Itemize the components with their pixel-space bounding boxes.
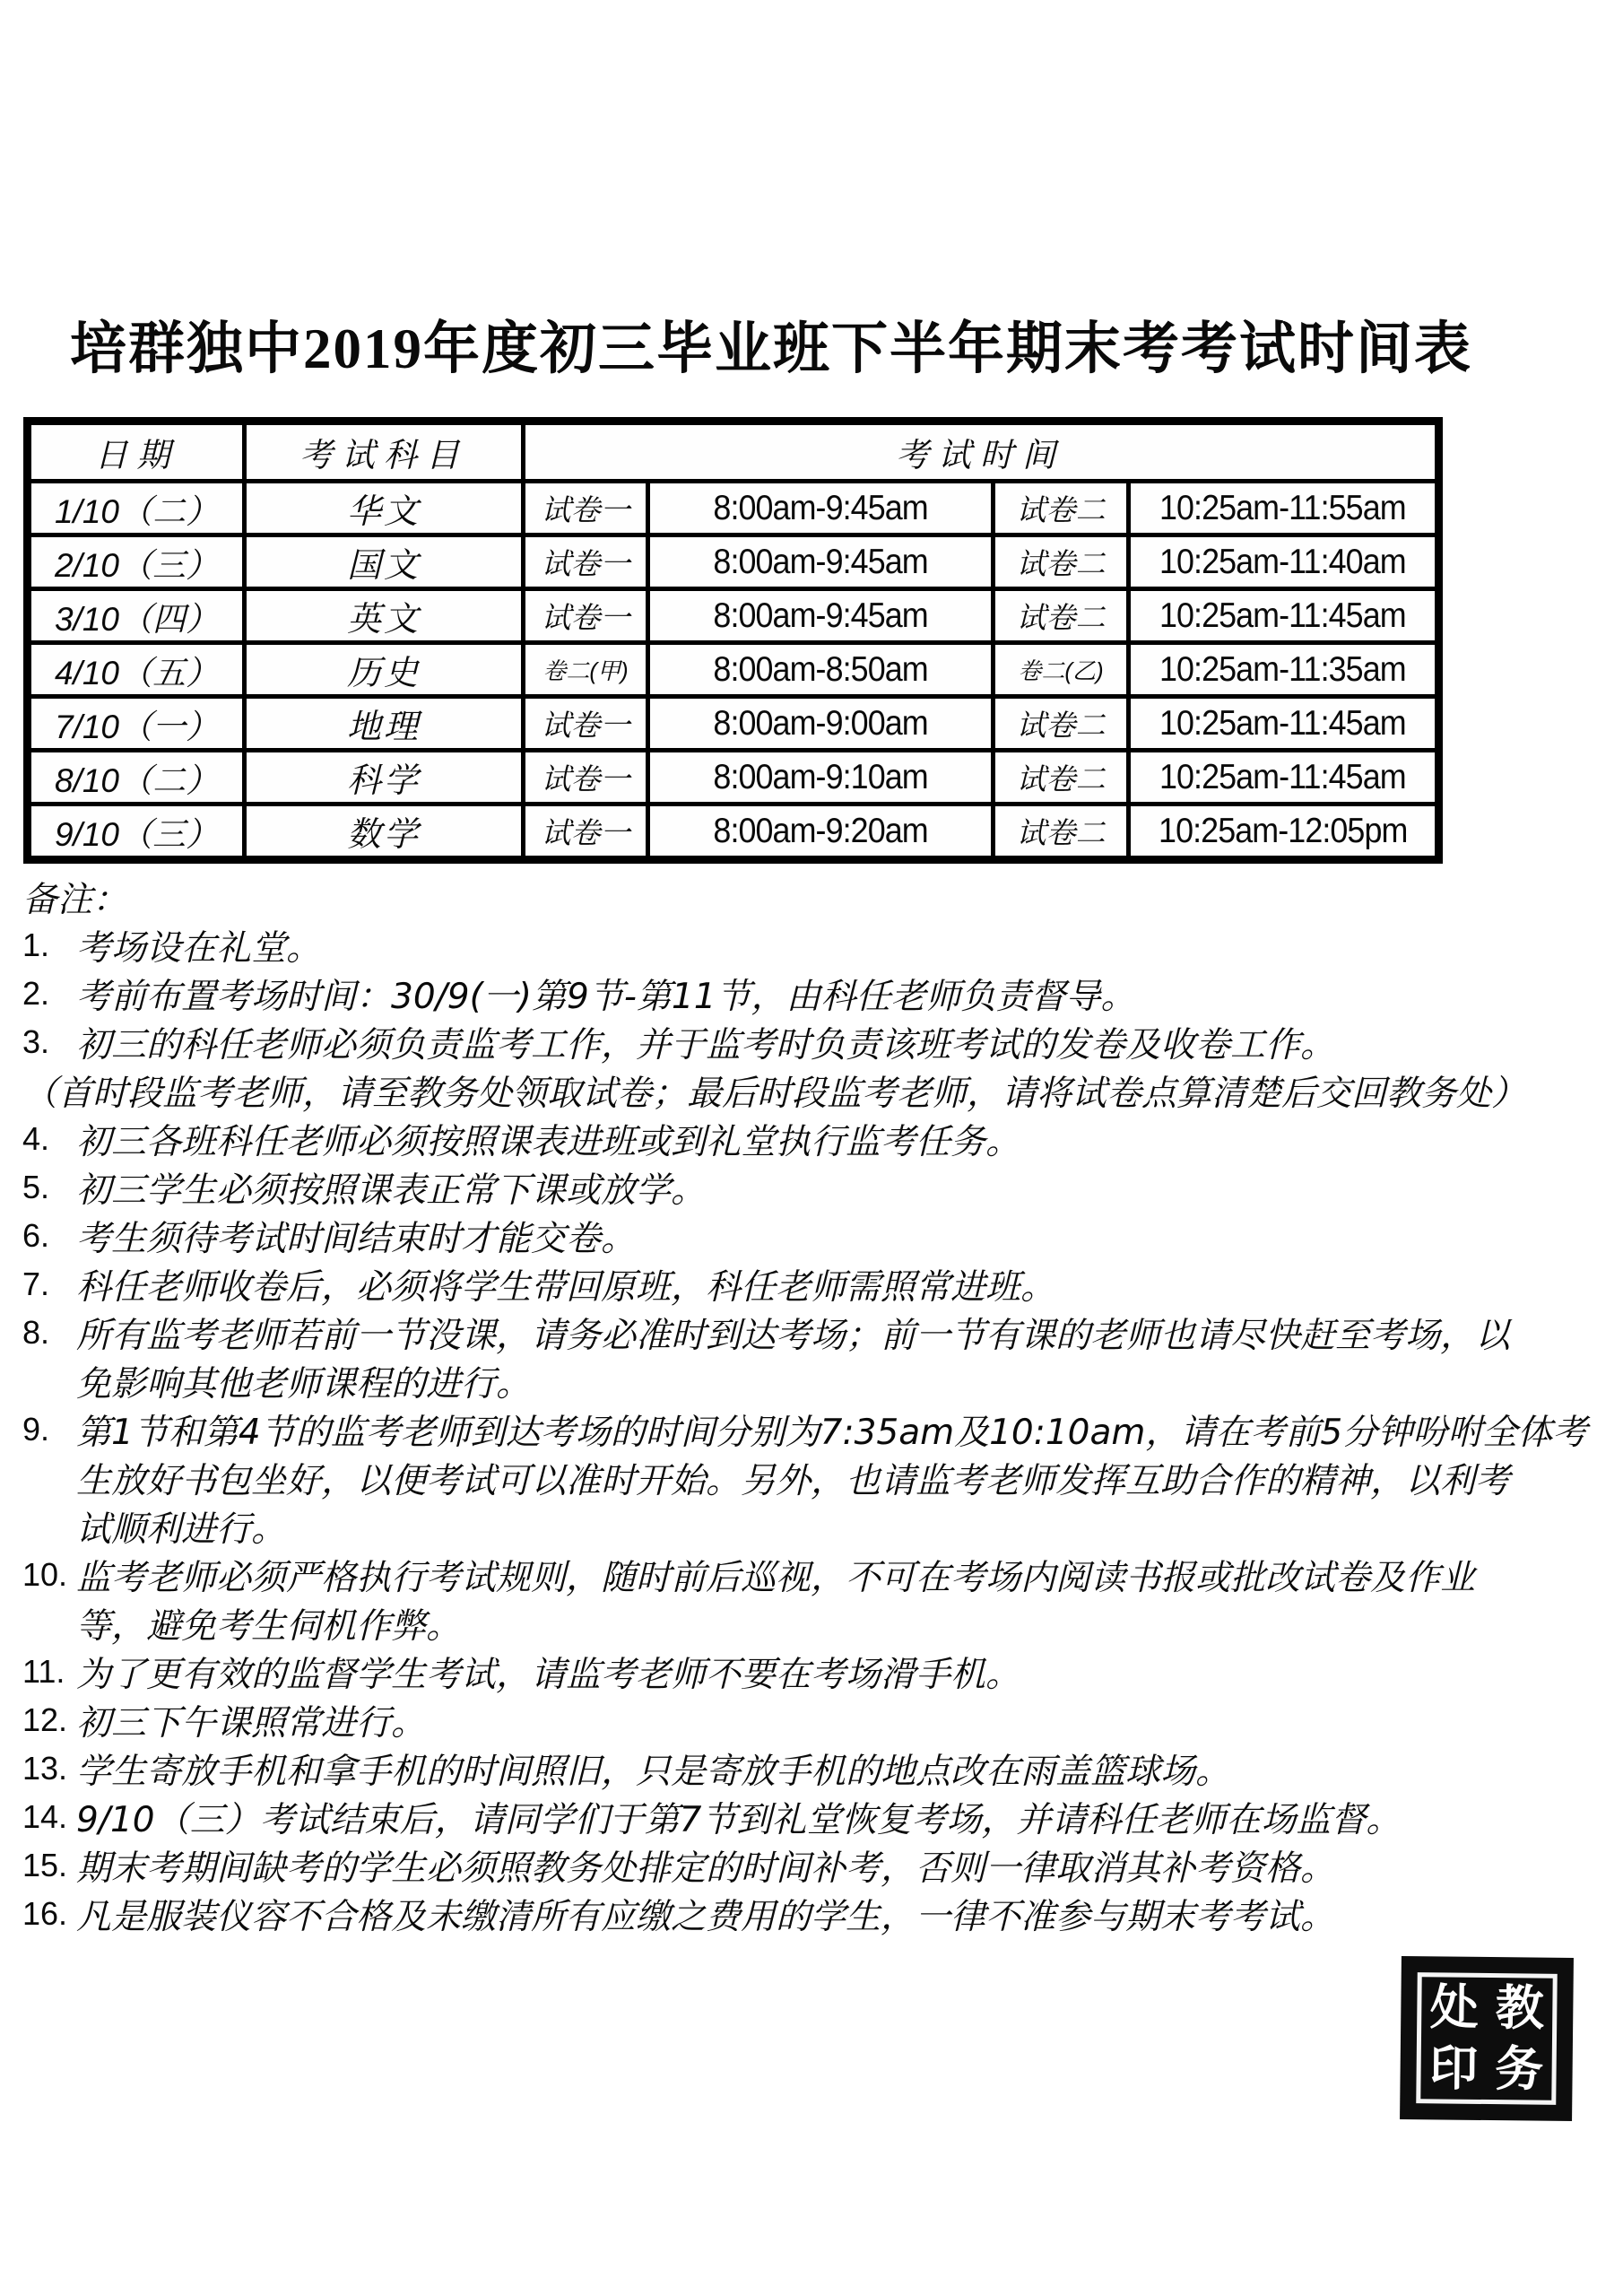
note-text: 考前布置考场时间：30/9(一)第9节-第11节，由科任老师负责督导。 (76, 969, 1136, 1019)
page-title: 培群独中2019年度初三毕业班下半年期末考考试时间表 (70, 303, 1472, 385)
paper2-time-cell: 10:25am-11:55am (1129, 482, 1439, 535)
note-line: 8.所有监考老师若前一节没课，请务必准时到达考场；前一节有课的老师也请尽快赶至考… (22, 1309, 1610, 1357)
note-text: 凡是服装仪容不合格及未缴清所有应缴之费用的学生，一律不准参与期末考考试。 (76, 1889, 1335, 1939)
note-text: 初三下午课照常进行。 (76, 1695, 426, 1745)
paper2-time-cell: 10:25am-11:35am (1129, 643, 1439, 697)
paper1-label-cell: 试卷一 (524, 751, 648, 804)
exam-date-cell: 3/10（四） (28, 589, 245, 643)
seal-char: 务 (1495, 2045, 1544, 2094)
note-line: 13.学生寄放手机和拿手机的时间照旧，只是寄放手机的地点改在雨盖篮球场。 (22, 1744, 1610, 1793)
note-line: 生放好书包坐好，以便考试可以准时开始。另外，也请监考老师发挥互助合作的精神，以利… (22, 1454, 1610, 1502)
paper1-label-cell: 试卷一 (524, 482, 648, 535)
seal-char: 教 (1496, 1984, 1545, 2033)
note-text: 考生须待考试时间结束时才能交卷。 (76, 1211, 636, 1261)
paper2-label-cell: 试卷二 (994, 589, 1129, 643)
exam-subject-cell: 华文 (245, 482, 524, 535)
paper2-label-cell: 试卷二 (994, 697, 1129, 751)
exam-subject-cell: 科学 (245, 751, 524, 804)
header-date: 日期 (28, 422, 245, 482)
note-text: 初三学生必须按照课表正常下课或放学。 (76, 1162, 706, 1213)
exam-row: 2/10（三）国文试卷一8:00am-9:45am试卷二10:25am-11:4… (28, 535, 1439, 589)
exam-subject-cell: 英文 (245, 589, 524, 643)
paper2-time-cell: 10:25am-11:40am (1129, 535, 1439, 589)
note-text: 初三各班科任老师必须按照课表进班或到礼堂执行监考任务。 (76, 1114, 1020, 1164)
header-row: 日期 考试科目 考试时间 (28, 422, 1439, 482)
notes-heading-line: 备注： (22, 873, 1610, 921)
note-text: 生放好书包坐好，以便考试可以准时开始。另外，也请监考老师发挥互助合作的精神，以利… (76, 1453, 1510, 1503)
note-line: 免影响其他老师课程的进行。 (22, 1357, 1610, 1405)
note-text: 等，避免考生伺机作弊。 (76, 1598, 461, 1648)
note-number: 14. (22, 1798, 76, 1836)
note-line: 12.初三下午课照常进行。 (22, 1696, 1610, 1744)
note-line: 等，避免考生伺机作弊。 (22, 1599, 1610, 1648)
note-text: 试顺利进行。 (76, 1501, 286, 1552)
exam-date-cell: 9/10（三） (28, 804, 245, 860)
note-text: 第1节和第4节的监考老师到达考场的时间分别为7:35am及10:10am，请在考… (76, 1405, 1587, 1455)
exam-subject-cell: 国文 (245, 535, 524, 589)
note-line: 7.科任老师收卷后，必须将学生带回原班，科任老师需照常进班。 (22, 1260, 1610, 1309)
note-number: 8. (22, 1314, 76, 1352)
exam-time-text: 10:25am-11:40am (1159, 543, 1406, 582)
paper2-label-cell: 卷二(乙) (994, 643, 1129, 697)
note-line: 10.监考老师必须严格执行考试规则，随时前后巡视，不可在考场内阅读书报或批改试卷… (22, 1551, 1610, 1599)
note-line: 3.初三的科任老师必须负责监考工作，并于监考时负责该班考试的发卷及收卷工作。 (22, 1018, 1610, 1066)
exam-date-cell: 2/10（三） (28, 535, 245, 589)
note-number: 7. (22, 1265, 76, 1303)
exam-time-text: 10:25am-11:45am (1159, 758, 1406, 797)
note-text: 考场设在礼堂。 (76, 920, 321, 970)
note-text: 学生寄放手机和拿手机的时间照旧，只是寄放手机的地点改在雨盖篮球场。 (76, 1744, 1230, 1794)
note-text: （首时段监考老师，请至教务处领取试卷；最后时段监考老师，请将试卷点算清楚后交回教… (22, 1065, 1526, 1116)
note-number: 5. (22, 1169, 76, 1206)
note-text: 期末考期间缺考的学生必须照教务处排定的时间补考，否则一律取消其补考资格。 (76, 1840, 1335, 1891)
exam-time-text: 10:25am-11:35am (1159, 650, 1406, 690)
exam-time-text: 10:25am-12:05pm (1159, 812, 1407, 851)
exam-date-cell: 7/10（一） (28, 697, 245, 751)
paper2-time-cell: 10:25am-11:45am (1129, 589, 1439, 643)
note-line: 15.期末考期间缺考的学生必须照教务处排定的时间补考，否则一律取消其补考资格。 (22, 1841, 1610, 1890)
exam-row: 4/10（五）历史卷二(甲)8:00am-8:50am卷二(乙)10:25am-… (28, 643, 1439, 697)
exam-row: 1/10（二）华文试卷一8:00am-9:45am试卷二10:25am-11:5… (28, 482, 1439, 535)
note-line: （首时段监考老师，请至教务处领取试卷；最后时段监考老师，请将试卷点算清楚后交回教… (22, 1066, 1610, 1115)
note-number: 4. (22, 1120, 76, 1158)
paper1-time-cell: 8:00am-9:45am (648, 535, 994, 589)
note-number: 11. (22, 1653, 76, 1691)
note-line: 9.第1节和第4节的监考老师到达考场的时间分别为7:35am及10:10am，请… (22, 1405, 1610, 1454)
note-text: 所有监考老师若前一节没课，请务必准时到达考场；前一节有课的老师也请尽快赶至考场，… (76, 1308, 1510, 1358)
note-number: 12. (22, 1701, 76, 1739)
note-line: 6.考生须待考试时间结束时才能交卷。 (22, 1212, 1610, 1260)
paper2-label-cell: 试卷二 (994, 482, 1129, 535)
note-text: 9/10（三）考试结束后，请同学们于第7节到礼堂恢复考场，并请科任老师在场监督。 (76, 1792, 1401, 1842)
exam-row: 7/10（一）地理试卷一8:00am-9:00am试卷二10:25am-11:4… (28, 697, 1439, 751)
seal-inner-border: 处 教 印 务 (1416, 1972, 1558, 2105)
exam-subject-cell: 数学 (245, 804, 524, 860)
paper2-time-cell: 10:25am-12:05pm (1129, 804, 1439, 860)
exam-timetable: 日期 考试科目 考试时间 1/10（二）华文试卷一8:00am-9:45am试卷… (23, 417, 1443, 864)
exam-time-text: 8:00am-9:00am (713, 704, 927, 744)
exam-date-cell: 4/10（五） (28, 643, 245, 697)
paper1-label-cell: 试卷一 (524, 589, 648, 643)
note-line: 4.初三各班科任老师必须按照课表进班或到礼堂执行监考任务。 (22, 1115, 1610, 1163)
note-number: 13. (22, 1750, 76, 1787)
note-number: 1. (22, 926, 76, 964)
note-text: 初三的科任老师必须负责监考工作，并于监考时负责该班考试的发卷及收卷工作。 (76, 1017, 1335, 1067)
exam-row: 3/10（四）英文试卷一8:00am-9:45am试卷二10:25am-11:4… (28, 589, 1439, 643)
note-number: 9. (22, 1411, 76, 1448)
exam-row: 8/10（二）科学试卷一8:00am-9:10am试卷二10:25am-11:4… (28, 751, 1439, 804)
paper2-time-cell: 10:25am-11:45am (1129, 697, 1439, 751)
note-text: 免影响其他老师课程的进行。 (76, 1356, 531, 1406)
exam-row: 9/10（三）数学试卷一8:00am-9:20am试卷二10:25am-12:0… (28, 804, 1439, 860)
paper1-time-cell: 8:00am-9:45am (648, 589, 994, 643)
exam-time-text: 8:00am-9:45am (713, 489, 927, 528)
exam-time-text: 10:25am-11:45am (1159, 704, 1406, 744)
exam-subject-cell: 历史 (245, 643, 524, 697)
paper1-time-cell: 8:00am-9:10am (648, 751, 994, 804)
note-number: 6. (22, 1217, 76, 1255)
exam-time-text: 8:00am-9:20am (713, 812, 927, 851)
exam-time-text: 10:25am-11:45am (1159, 596, 1406, 636)
note-number: 10. (22, 1556, 76, 1594)
note-number: 16. (22, 1895, 76, 1933)
note-line: 2.考前布置考场时间：30/9(一)第9节-第11节，由科任老师负责督导。 (22, 970, 1610, 1018)
note-line: 试顺利进行。 (22, 1502, 1610, 1551)
exam-time-text: 10:25am-11:55am (1159, 489, 1406, 528)
paper2-label-cell: 试卷二 (994, 535, 1129, 589)
document-page: 培群独中2019年度初三毕业班下半年期末考考试时间表 日期 考试科目 考试时间 … (0, 0, 1623, 2296)
note-line: 1.考场设在礼堂。 (22, 921, 1610, 970)
note-line: 5.初三学生必须按照课表正常下课或放学。 (22, 1163, 1610, 1212)
paper1-time-cell: 8:00am-9:45am (648, 482, 994, 535)
exam-time-text: 8:00am-9:45am (713, 543, 927, 582)
paper1-label-cell: 试卷一 (524, 535, 648, 589)
office-seal-stamp: 处 教 印 务 (1400, 1956, 1574, 2121)
exam-time-text: 8:00am-9:10am (713, 758, 927, 797)
paper1-label-cell: 试卷一 (524, 804, 648, 860)
paper1-time-cell: 8:00am-9:00am (648, 697, 994, 751)
paper2-label-cell: 试卷二 (994, 751, 1129, 804)
note-text: 科任老师收卷后，必须将学生带回原班，科任老师需照常进班。 (76, 1259, 1055, 1309)
note-number: 3. (22, 1023, 76, 1061)
notes-list: 1.考场设在礼堂。2.考前布置考场时间：30/9(一)第9节-第11节，由科任老… (22, 921, 1610, 1938)
paper1-label-cell: 试卷一 (524, 697, 648, 751)
note-line: 11.为了更有效的监督学生考试，请监考老师不要在考场滑手机。 (22, 1648, 1610, 1696)
seal-char: 处 (1430, 1983, 1480, 2032)
exam-date-cell: 1/10（二） (28, 482, 245, 535)
header-subject: 考试科目 (245, 422, 524, 482)
note-number: 2. (22, 975, 76, 1013)
note-line: 14.9/10（三）考试结束后，请同学们于第7节到礼堂恢复考场，并请科任老师在场… (22, 1793, 1610, 1841)
notes-heading: 备注： (22, 872, 127, 922)
paper1-time-cell: 8:00am-8:50am (648, 643, 994, 697)
exam-date-cell: 8/10（二） (28, 751, 245, 804)
paper1-label-cell: 卷二(甲) (524, 643, 648, 697)
paper2-label-cell: 试卷二 (994, 804, 1129, 860)
note-line: 16.凡是服装仪容不合格及未缴清所有应缴之费用的学生，一律不准参与期末考考试。 (22, 1890, 1610, 1938)
header-time: 考试时间 (524, 422, 1439, 482)
note-text: 监考老师必须严格执行考试规则，随时前后巡视，不可在考场内阅读书报或批改试卷及作业 (76, 1550, 1475, 1600)
paper2-time-cell: 10:25am-11:45am (1129, 751, 1439, 804)
seal-char: 印 (1429, 2044, 1479, 2093)
exam-time-text: 8:00am-8:50am (713, 650, 927, 690)
notes-section: 备注： 1.考场设在礼堂。2.考前布置考场时间：30/9(一)第9节-第11节，… (22, 873, 1610, 1938)
note-text: 为了更有效的监督学生考试，请监考老师不要在考场滑手机。 (76, 1647, 1020, 1697)
exam-time-text: 8:00am-9:45am (713, 596, 927, 636)
paper1-time-cell: 8:00am-9:20am (648, 804, 994, 860)
exam-subject-cell: 地理 (245, 697, 524, 751)
timetable-body: 1/10（二）华文试卷一8:00am-9:45am试卷二10:25am-11:5… (28, 482, 1439, 860)
timetable-header: 日期 考试科目 考试时间 (28, 422, 1439, 482)
note-number: 15. (22, 1847, 76, 1884)
